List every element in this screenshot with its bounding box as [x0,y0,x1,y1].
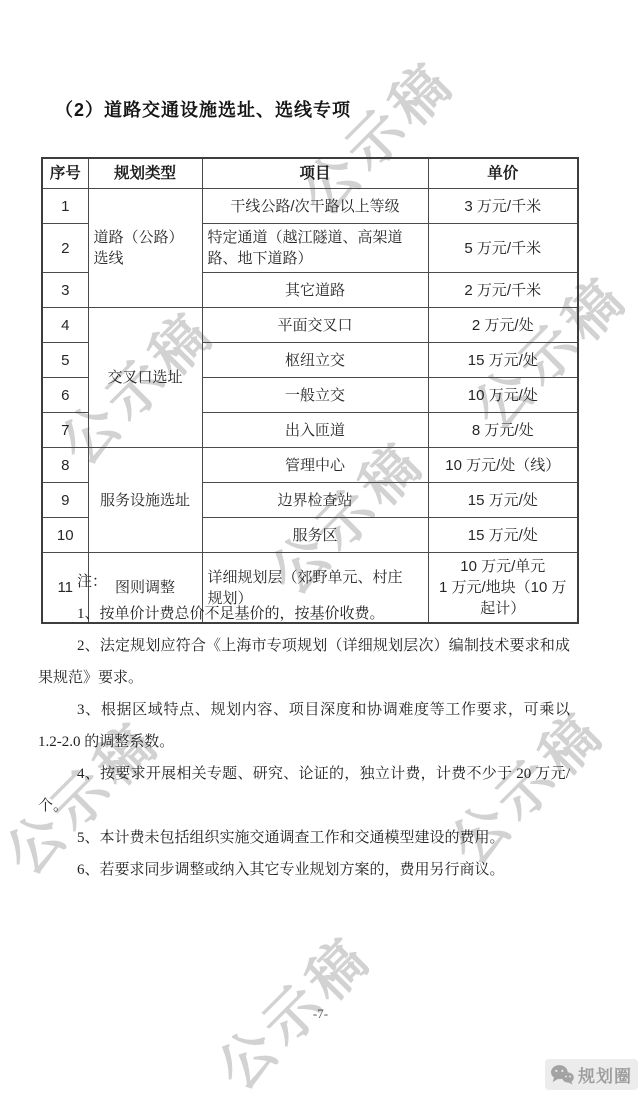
row-number-cell: 2 [42,224,88,273]
note-item: 3、根据区域特点、规划内容、项目深度和协调难度等工作要求，可乘以 1.2-2.0… [38,694,570,758]
price-cell: 3 万元/千米 [428,189,578,224]
note-item: 2、法定规划应符合《上海市专项规划（详细规划层次）编制技术要求和成果规范》要求。 [38,630,570,694]
item-cell: 枢纽立交 [202,343,428,378]
item-cell: 特定通道（越江隧道、高架道 路、地下道路） [202,224,428,273]
row-number-cell: 1 [42,189,88,224]
notes-label: 注： [38,566,570,598]
column-header: 项目 [202,158,428,189]
row-number-cell: 7 [42,413,88,448]
column-header: 规划类型 [88,158,202,189]
column-header: 序号 [42,158,88,189]
item-cell: 边界检查站 [202,483,428,518]
row-number-cell: 9 [42,483,88,518]
plan-type-cell: 道路（公路） 选线 [88,189,202,308]
price-cell: 8 万元/处 [428,413,578,448]
note-item: 5、本计费未包括组织实施交通调查工作和交通模型建设的费用。 [38,822,570,854]
price-cell: 2 万元/千米 [428,273,578,308]
row-number-cell: 3 [42,273,88,308]
item-cell: 服务区 [202,518,428,553]
price-cell: 5 万元/千米 [428,224,578,273]
price-cell: 10 万元/处（线） [428,448,578,483]
document-page: 公示稿公示稿公示稿公示稿公示稿公示稿公示稿 （2）道路交通设施选址、选线专项 序… [0,0,641,1103]
notes-section: 注： 1、按单价计费总价不足基价的，按基价收费。2、法定规划应符合《上海市专项规… [38,566,570,886]
page-title: （2）道路交通设施选址、选线专项 [55,96,351,122]
table-row: 4交叉口选址平面交叉口2 万元/处 [42,308,578,343]
row-number-cell: 6 [42,378,88,413]
price-cell: 15 万元/处 [428,483,578,518]
row-number-cell: 5 [42,343,88,378]
pricing-table: 序号规划类型项目单价 1道路（公路） 选线干线公路/次干路以上等级3 万元/千米… [41,157,579,624]
item-cell: 其它道路 [202,273,428,308]
note-item: 1、按单价计费总价不足基价的，按基价收费。 [38,598,570,630]
item-cell: 干线公路/次干路以上等级 [202,189,428,224]
row-number-cell: 10 [42,518,88,553]
plan-type-cell: 服务设施选址 [88,448,202,553]
price-cell: 15 万元/处 [428,343,578,378]
table-row: 1道路（公路） 选线干线公路/次干路以上等级3 万元/千米 [42,189,578,224]
price-cell: 2 万元/处 [428,308,578,343]
table-header-row: 序号规划类型项目单价 [42,158,578,189]
row-number-cell: 4 [42,308,88,343]
price-cell: 10 万元/处 [428,378,578,413]
table-row: 8服务设施选址管理中心10 万元/处（线） [42,448,578,483]
plan-type-cell: 交叉口选址 [88,308,202,448]
note-item: 6、若要求同步调整或纳入其它专业规划方案的，费用另行商议。 [38,854,570,886]
wechat-icon [550,1064,574,1085]
item-cell: 管理中心 [202,448,428,483]
wechat-account-badge: 规划圈 [545,1059,638,1090]
page-number: -7- [0,1006,641,1022]
item-cell: 出入匝道 [202,413,428,448]
price-cell: 15 万元/处 [428,518,578,553]
item-cell: 一般立交 [202,378,428,413]
row-number-cell: 8 [42,448,88,483]
item-cell: 平面交叉口 [202,308,428,343]
wechat-account-name: 规划圈 [578,1062,632,1087]
note-item: 4、按要求开展相关专题、研究、论证的，独立计费，计费不少于 20 万元/个。 [38,758,570,822]
column-header: 单价 [428,158,578,189]
